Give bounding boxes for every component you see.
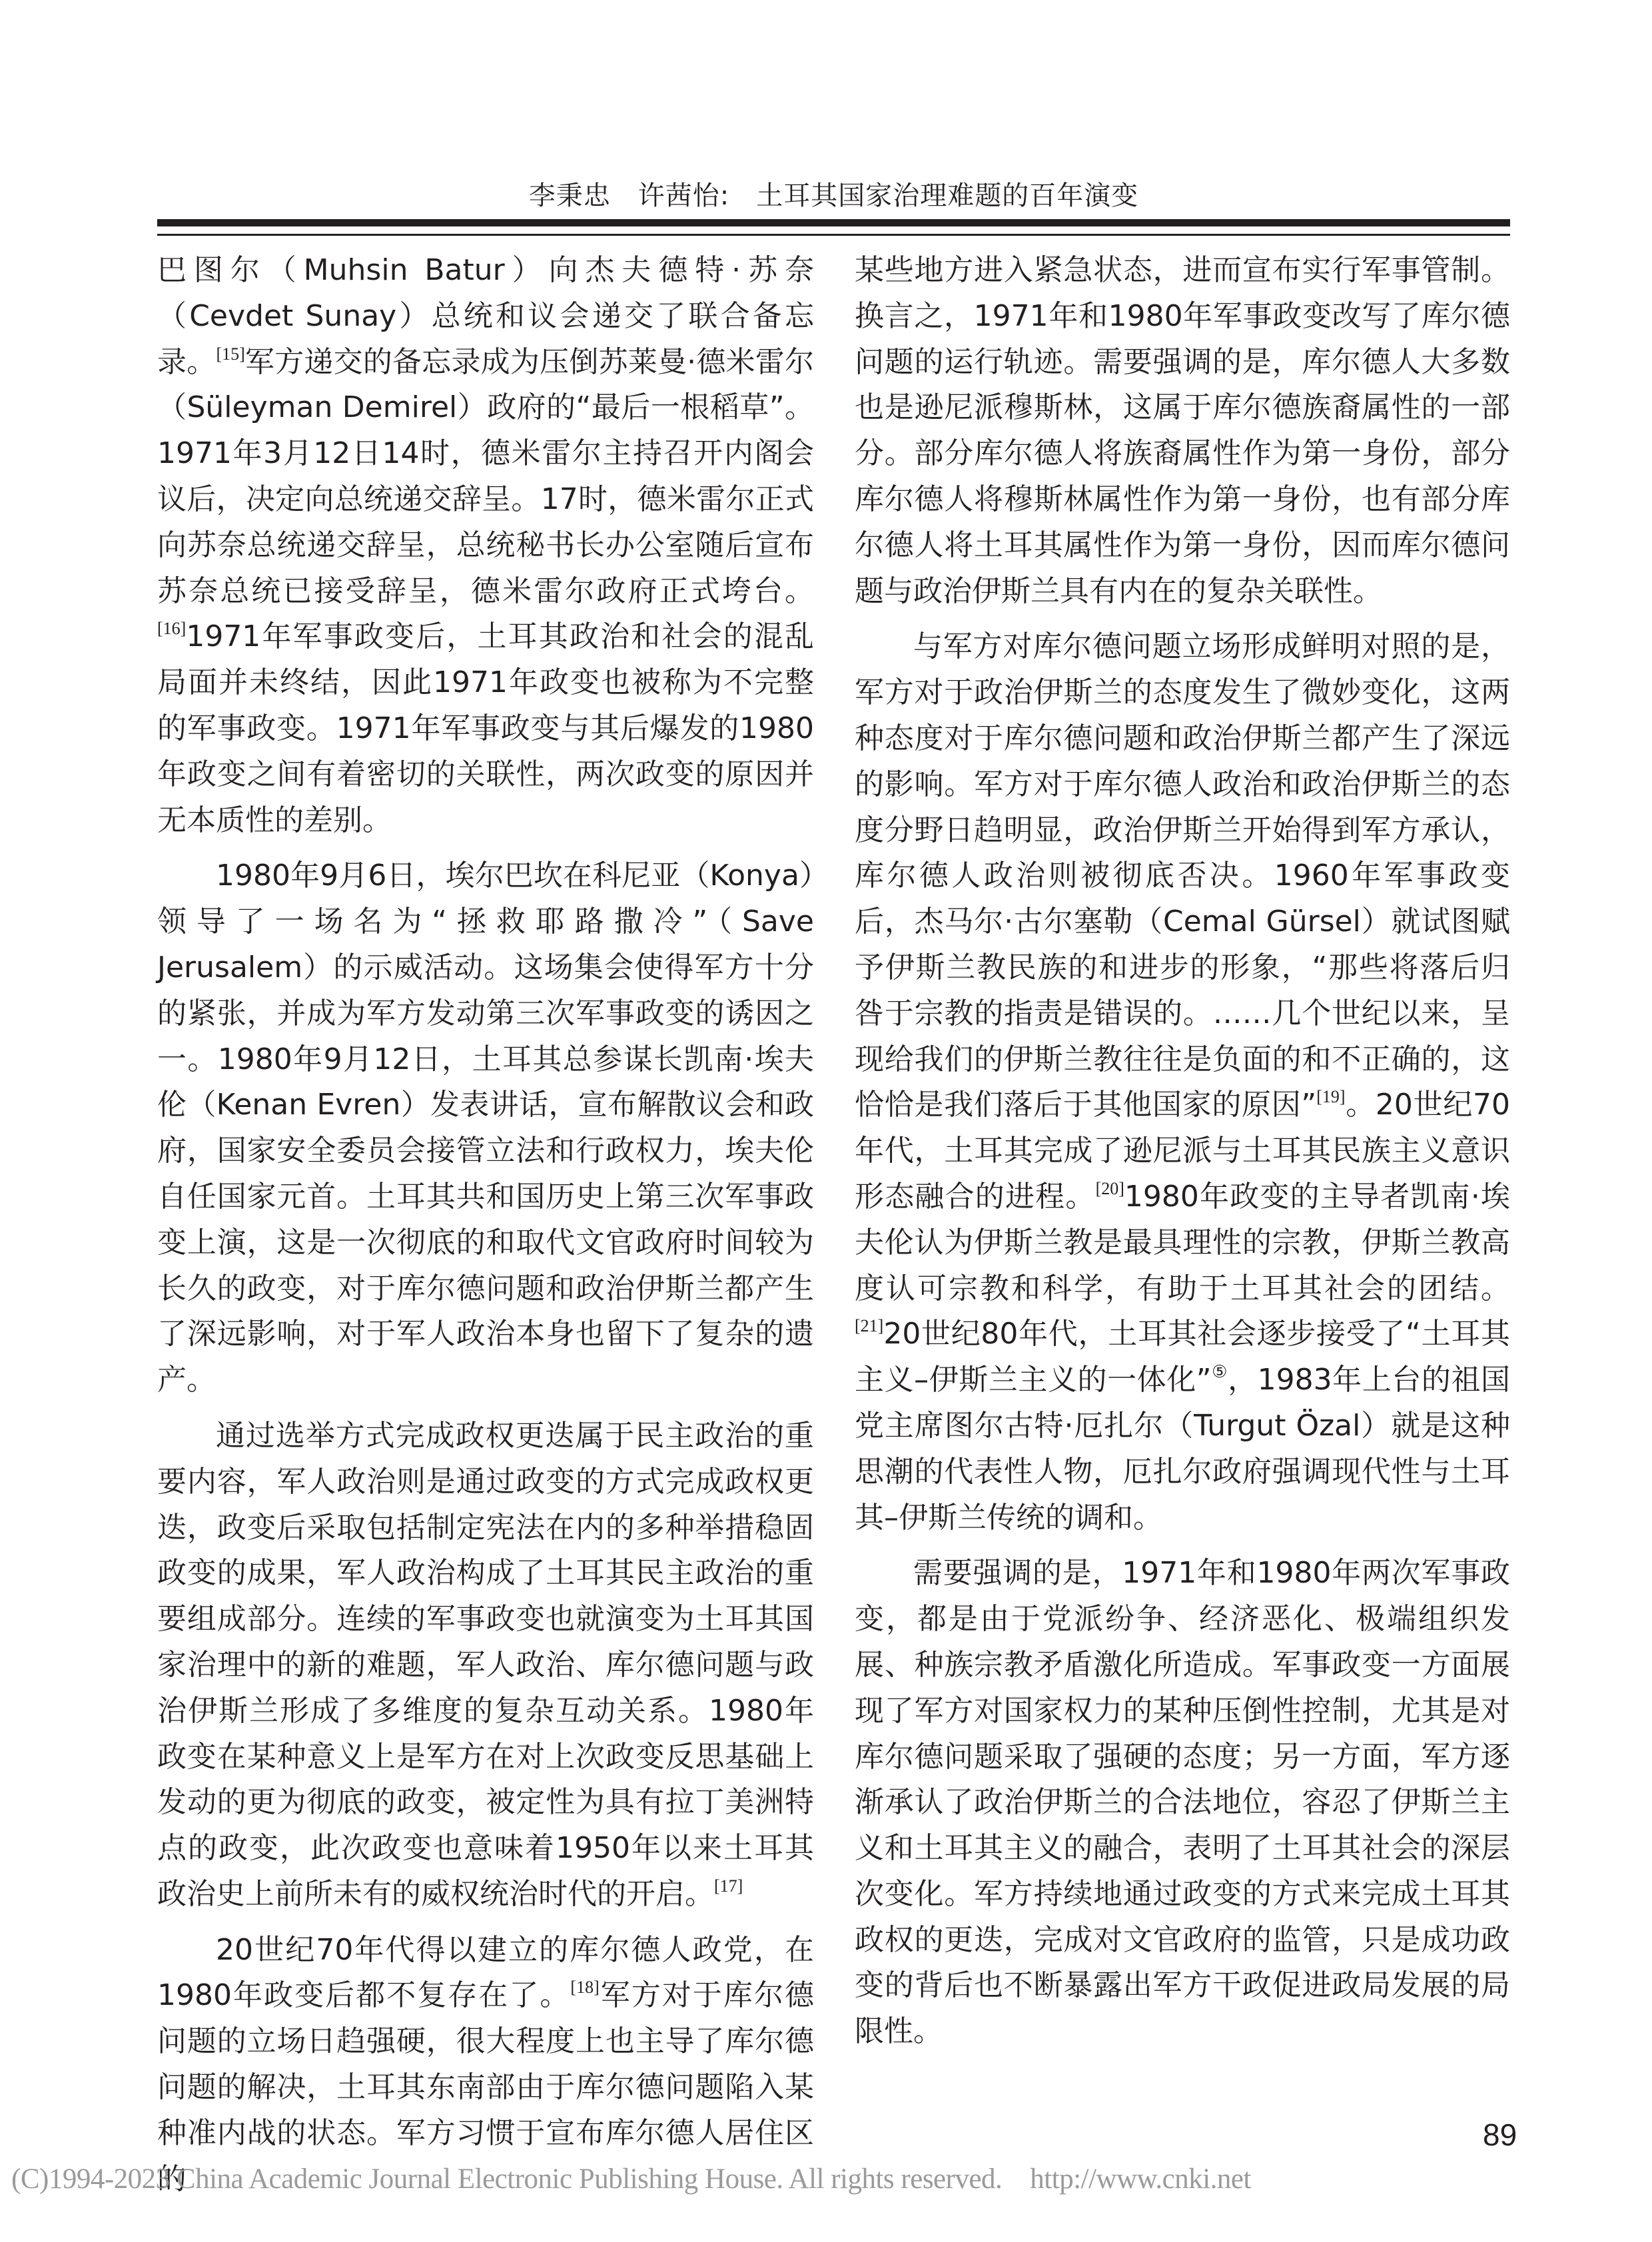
cnki-url: http://www.cnki.net bbox=[1030, 2163, 1251, 2195]
copyright-notice: (C)1994-2023 China Academic Journal Elec… bbox=[11, 2163, 1251, 2195]
paragraph-text: 1980年9月6日，埃尔巴坎在科尼亚（Konya）领导了一场名为“拯救耶路撒冷”… bbox=[157, 859, 814, 1397]
running-head-authors: 李秉忠 许茜怡: bbox=[529, 181, 729, 211]
body-paragraph: 某些地方进入紧急状态，进而宣布实行军事管制。换言之，1971年和1980年军事政… bbox=[855, 248, 1510, 614]
body-paragraph: 通过选举方式完成政权更迭属于民主政治的重要内容，军人政治则是通过政变的方式完成政… bbox=[157, 1413, 814, 1918]
paragraph-text: 军方递交的备忘录成为压倒苏莱曼·德米雷尔（Süleyman Demirel）政府… bbox=[157, 345, 814, 608]
body-paragraph: 与军方对库尔德问题立场形成鲜明对照的是，军方对于政治伊斯兰的态度发生了微妙变化，… bbox=[855, 624, 1510, 1541]
paragraph-text: 需要强调的是，1971年和1980年两次军事政变，都是由于党派纷争、经济恶化、极… bbox=[855, 1556, 1510, 2048]
paragraph-text: 通过选举方式完成政权更迭属于民主政治的重要内容，军人政治则是通过政变的方式完成政… bbox=[157, 1419, 814, 1911]
citation-ref: [15] bbox=[216, 344, 244, 364]
running-head-title: 土耳其国家治理难题的百年演变 bbox=[756, 181, 1138, 211]
citation-ref: [17] bbox=[714, 1876, 743, 1896]
paragraph-text: 某些地方进入紧急状态，进而宣布实行军事管制。换言之，1971年和1980年军事政… bbox=[855, 253, 1510, 608]
body-paragraph: 1980年9月6日，埃尔巴坎在科尼亚（Konya）领导了一场名为“拯救耶路撒冷”… bbox=[157, 853, 814, 1403]
body-paragraph: 20世纪70年代得以建立的库尔德人政党，在1980年政变后都不复存在了。[18]… bbox=[157, 1928, 814, 2203]
body-paragraph: 需要强调的是，1971年和1980年两次军事政变，都是由于党派纷争、经济恶化、极… bbox=[855, 1551, 1510, 2055]
citation-ref: [16] bbox=[157, 619, 186, 638]
copyright-text: (C)1994-2023 China Academic Journal Elec… bbox=[11, 2163, 1002, 2195]
citation-ref: ⑤ bbox=[1212, 1362, 1228, 1381]
left-column: 巴图尔（Muhsin Batur）向杰夫德特·苏奈（Cevdet Sunay）总… bbox=[157, 248, 814, 2212]
page-number: 89 bbox=[1483, 2117, 1517, 2153]
paragraph-text: 与军方对库尔德问题立场形成鲜明对照的是，军方对于政治伊斯兰的态度发生了微妙变化，… bbox=[855, 629, 1510, 1122]
citation-ref: [20] bbox=[1096, 1179, 1124, 1198]
running-head: 李秉忠 许茜怡:土耳其国家治理难题的百年演变 bbox=[157, 179, 1510, 213]
body-paragraph: 巴图尔（Muhsin Batur）向杰夫德特·苏奈（Cevdet Sunay）总… bbox=[157, 248, 814, 843]
citation-ref: [18] bbox=[570, 1978, 599, 1997]
header-rule-thick bbox=[157, 219, 1510, 226]
citation-ref: [19] bbox=[1316, 1087, 1345, 1106]
right-column: 某些地方进入紧急状态，进而宣布实行军事管制。换言之，1971年和1980年军事政… bbox=[855, 248, 1510, 2065]
header-rule-thin bbox=[157, 234, 1510, 236]
citation-ref: [21] bbox=[855, 1316, 883, 1335]
paragraph-text: 1971年军事政变后，土耳其政治和社会的混乱局面并未终结，因此1971年政变也被… bbox=[157, 619, 814, 837]
